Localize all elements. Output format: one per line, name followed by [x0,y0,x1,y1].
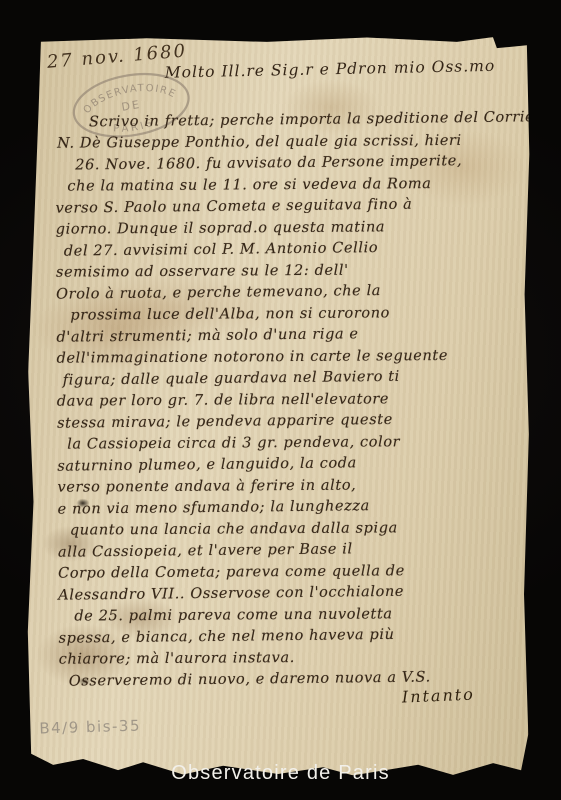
letter-body: Scrivo in fretta; perche importa la sped… [55,108,521,713]
letter-salutation: Molto Ill.re Sig.r e Pdron mio Oss.mo [165,57,495,82]
photo-caption: Observatoire de Paris [0,762,561,785]
photograph-of-letter: 27 nov. 1680 OBSERVATOIRE DE PARIS Molto… [0,0,561,800]
manuscript-page: 27 nov. 1680 OBSERVATOIRE DE PARIS Molto… [23,32,535,777]
archival-shelfmark: B4/9 bis-35 [39,717,141,738]
